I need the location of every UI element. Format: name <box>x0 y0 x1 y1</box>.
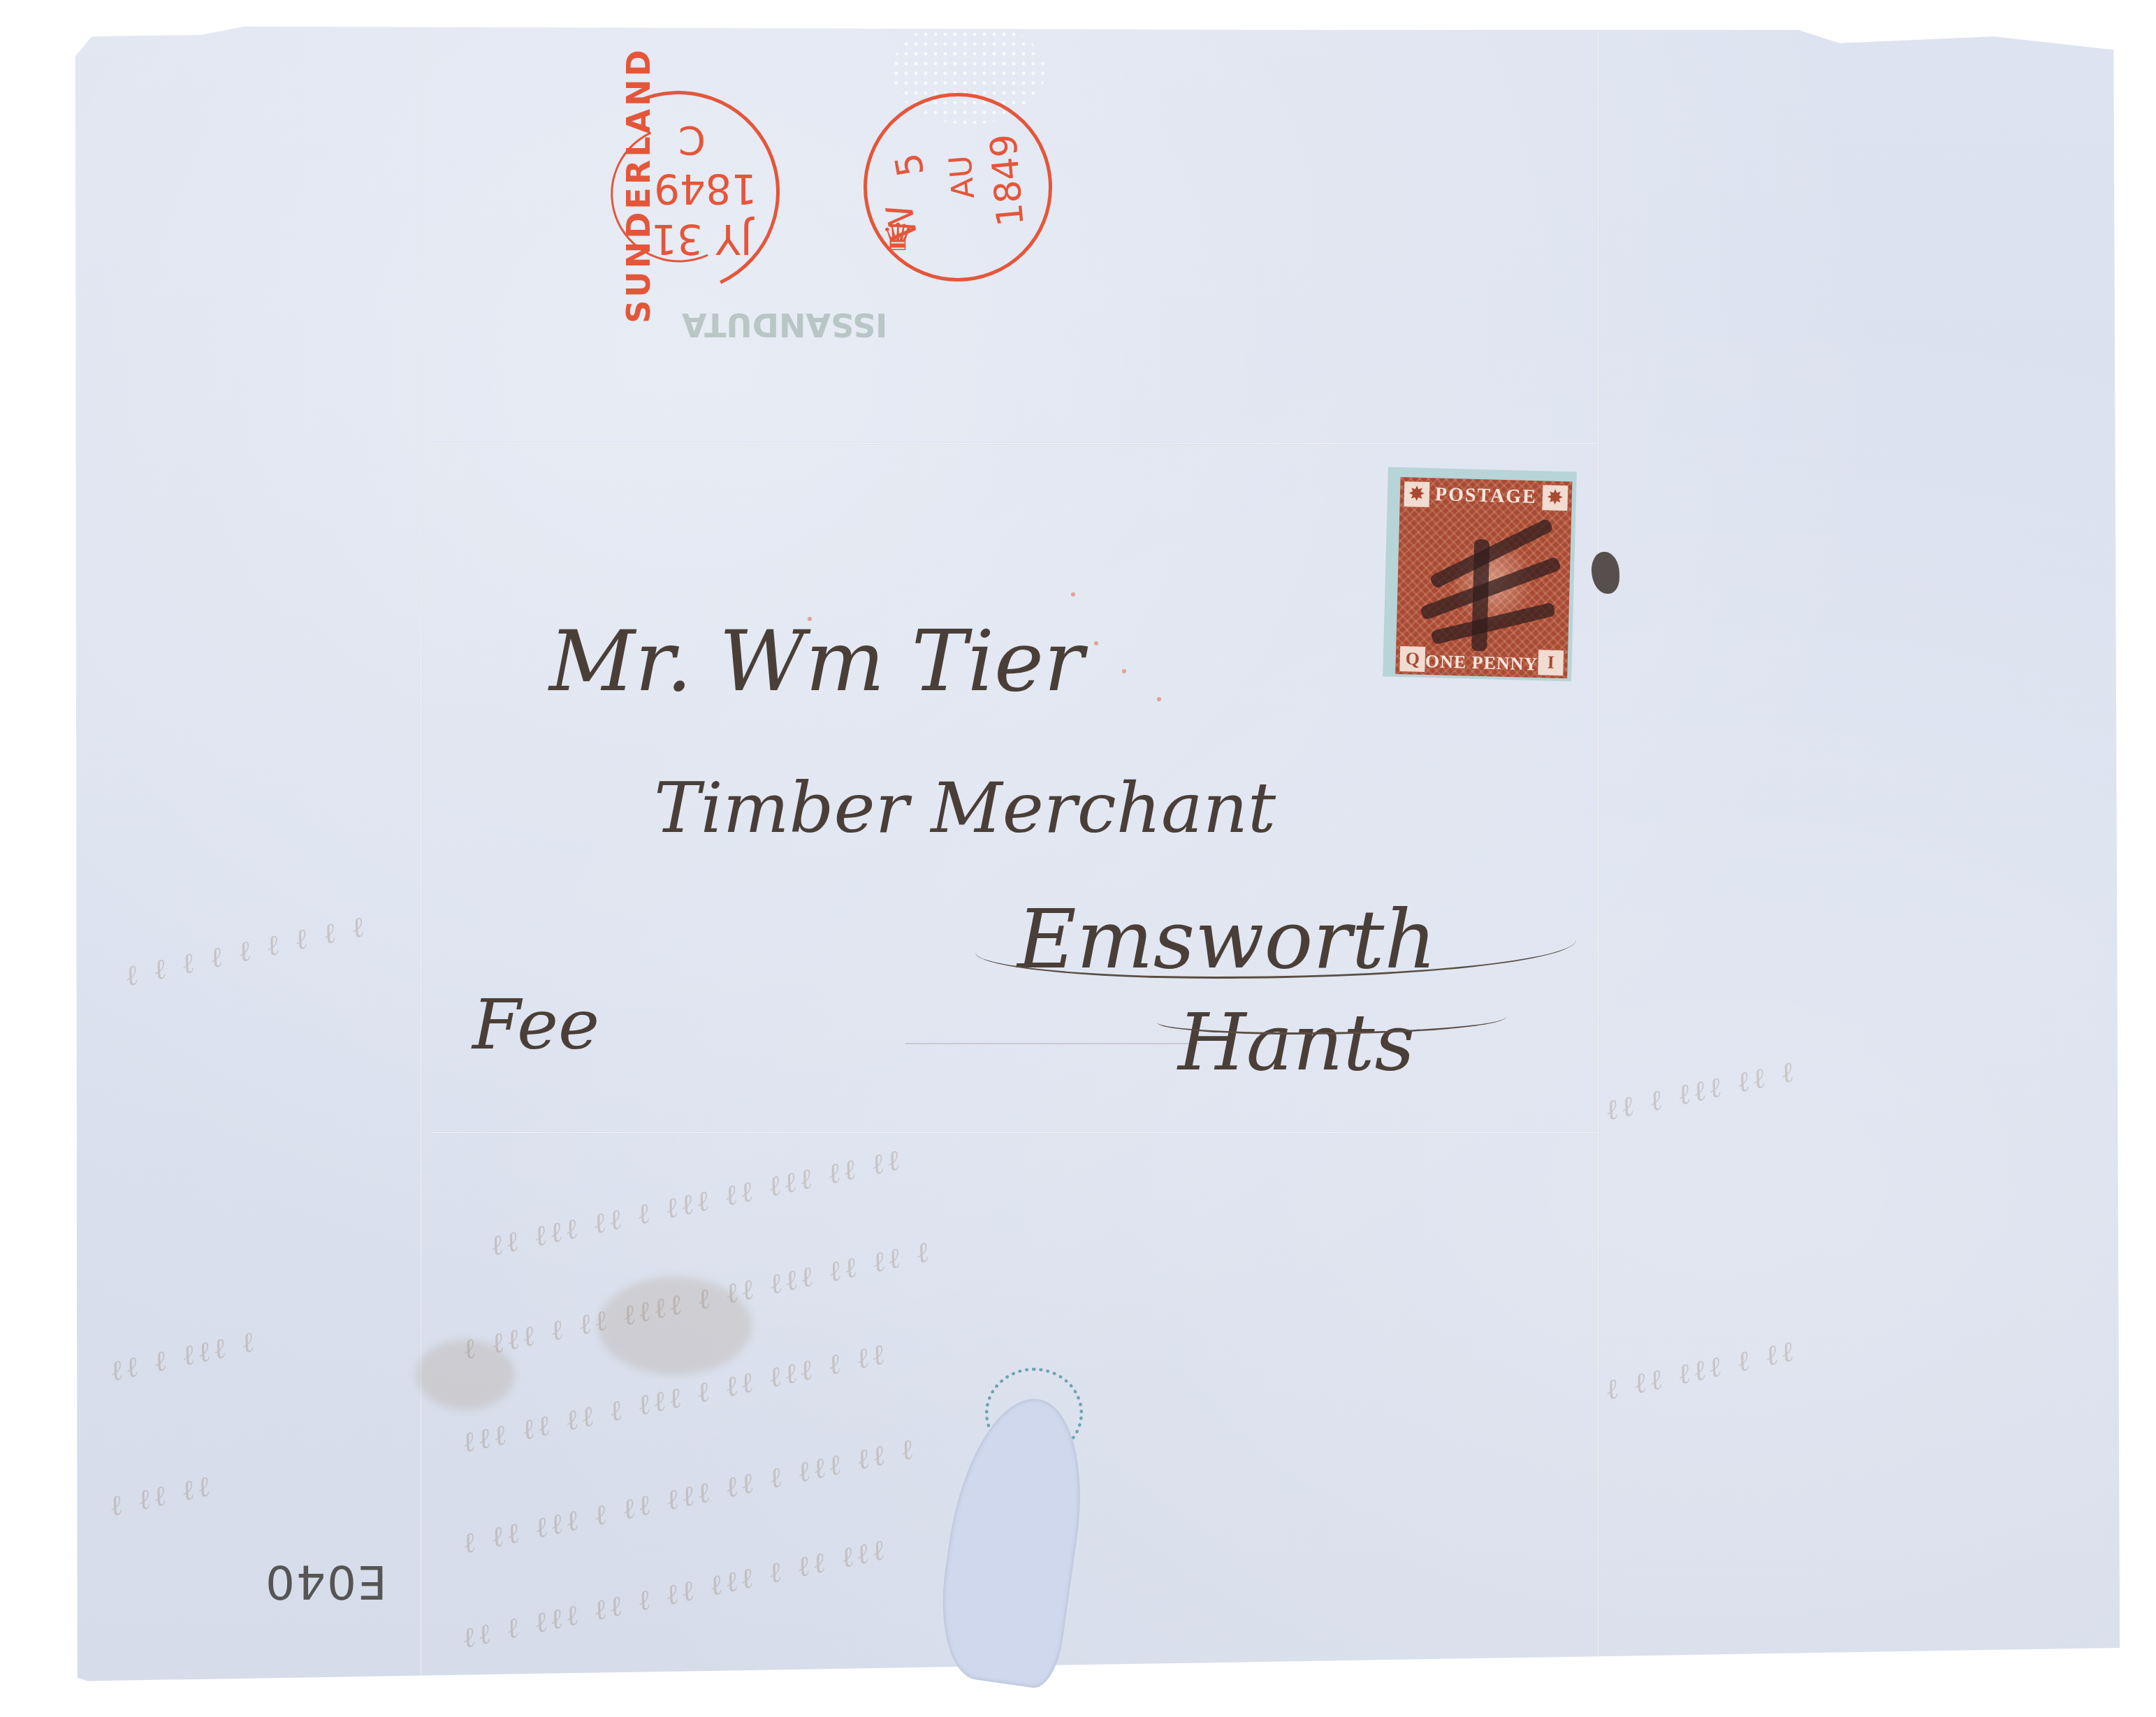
address-flourish <box>975 914 1576 979</box>
postmark-year: 1849 <box>654 165 757 212</box>
bleed-through-text: ℓ ℓℓ ℓℓ <box>107 1469 217 1523</box>
ink-fleck <box>1122 669 1126 673</box>
fold-line <box>420 27 422 1688</box>
address-occupation: Timber Merchant <box>654 767 1276 849</box>
bleed-through-text: ℓℓ ℓ ℓℓℓ ℓ <box>107 1324 261 1388</box>
postmark-date: JY 31 <box>651 215 752 263</box>
bleed-through-text: ℓℓ ℓℓℓ ℓℓ ℓ ℓℓℓ ℓℓ ℓℓℓ ℓℓ ℓℓ <box>488 1143 907 1262</box>
postmark-code: C <box>678 117 706 163</box>
fold-line <box>430 442 1597 444</box>
crease <box>905 1043 1199 1044</box>
ink-fleck <box>1094 641 1098 645</box>
docket-mark: Fee <box>472 984 599 1065</box>
postmark-month: AU <box>942 154 982 200</box>
fold-line <box>430 1132 1597 1134</box>
crown-icon: ♛ <box>881 215 915 259</box>
inventory-mark: E040 <box>264 1555 387 1609</box>
ink-fleck <box>1157 697 1161 701</box>
address-flourish <box>1157 1004 1506 1035</box>
bleed-through-text: ℓ ℓ ℓ ℓ ℓ ℓ ℓ ℓ ℓ <box>122 909 371 993</box>
stamp-face: ✸ ✸ POSTAGE Q I ONE PENNY <box>1395 477 1572 678</box>
bleed-through-text: ℓℓ ℓ ℓℓℓ ℓℓ ℓ <box>1603 1055 1800 1127</box>
fold-line <box>1597 27 1599 1688</box>
postmark-year: 1849 <box>983 132 1033 228</box>
numeral-cancel <box>1415 517 1573 661</box>
stain <box>598 1277 752 1375</box>
stain <box>416 1340 514 1410</box>
bleed-through-text: ℓ ℓℓ ℓℓℓ ℓ ℓℓ <box>1603 1334 1800 1407</box>
faint-handstamp: ISSANDUTA <box>682 306 887 344</box>
postmark-town: SUNDERLAND <box>620 47 657 323</box>
bleed-through-text: ℓℓ ℓ ℓℓℓ ℓℓ ℓ ℓℓ ℓℓℓ ℓ ℓℓ ℓℓℓ <box>460 1533 891 1655</box>
ink-fleck <box>1071 592 1075 597</box>
stamp-postage-label: POSTAGE <box>1400 483 1573 509</box>
letter-sheet: ℓ ℓ ℓ ℓ ℓ ℓ ℓ ℓ ℓ ℓℓ ℓℓℓ ℓℓ ℓ ℓℓℓ ℓℓ ℓℓℓ… <box>67 27 2128 1688</box>
penny-red-stamp: ✸ ✸ POSTAGE Q I ONE PENNY <box>1383 467 1577 682</box>
address-name: Mr. Wm Tier <box>549 613 1084 710</box>
